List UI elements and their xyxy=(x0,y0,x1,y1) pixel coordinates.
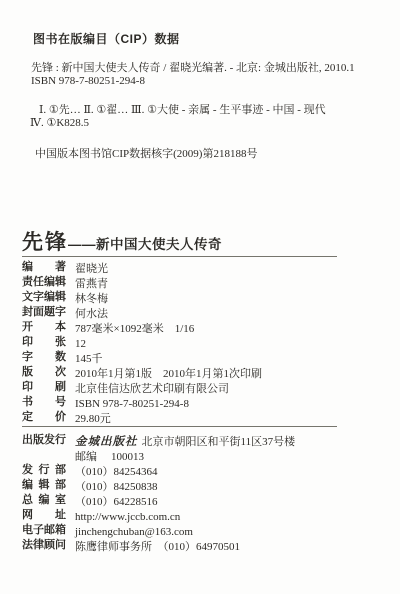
title-separator: —— xyxy=(68,237,96,252)
colophon-label: 文字编辑 xyxy=(22,290,66,305)
colophon-label: 版 次 xyxy=(22,365,66,380)
colophon-value: 雷燕青 xyxy=(75,278,108,290)
colophon-list: 编 著翟晓光 责任编辑雷燕青 文字编辑林冬梅 封面题字何水法 开 本787毫米×… xyxy=(22,260,382,425)
publisher-row: 电子邮箱jinchengchuban@163.com xyxy=(22,523,392,538)
cip-isbn: ISBN 978-7-80251-294-8 xyxy=(31,75,145,87)
colophon-value: 林冬梅 xyxy=(75,293,108,305)
colophon-value: 何水法 xyxy=(75,308,108,320)
colophon-row: 印 刷北京佳信达欣艺术印刷有限公司 xyxy=(22,380,382,395)
colophon-label: 责任编辑 xyxy=(22,275,66,290)
publisher-row-label: 编 辑 部 xyxy=(22,478,66,493)
publisher-row-label: 网 址 xyxy=(22,508,66,523)
publisher-row-value: （010）84254364 xyxy=(75,466,158,478)
cip-classification-line2: Ⅳ. ①K828.5 xyxy=(30,116,89,129)
publisher-address: 北京市朝阳区和平街11区37号楼 xyxy=(142,436,296,448)
colophon-value: ISBN 978-7-80251-294-8 xyxy=(75,398,189,410)
publisher-row: 出版发行金城出版社北京市朝阳区和平街11区37号楼 xyxy=(22,433,392,448)
publisher-row-label: 电子邮箱 xyxy=(22,523,66,538)
publisher-row: 发 行 部（010）84254364 xyxy=(22,463,392,478)
colophon-value: 29.80元 xyxy=(75,413,111,425)
colophon-row: 定 价29.80元 xyxy=(22,410,382,425)
colophon-row: 开 本787毫米×1092毫米 1/16 xyxy=(22,320,382,335)
publisher-label: 出版发行 xyxy=(22,433,66,448)
book-title-main: 先锋 xyxy=(22,231,68,254)
publisher-row: 网 址http://www.jccb.com.cn xyxy=(22,508,392,523)
colophon-row: 编 著翟晓光 xyxy=(22,260,382,275)
book-title-subtitle: 新中国大使夫人传奇 xyxy=(96,237,222,252)
colophon-row: 版 次2010年1月第1版 2010年1月第1次印刷 xyxy=(22,365,382,380)
colophon-value: 12 xyxy=(75,338,86,350)
book-title: 先锋——新中国大使夫人传奇 xyxy=(22,226,222,256)
colophon-label: 开 本 xyxy=(22,320,66,335)
colophon-row: 责任编辑雷燕青 xyxy=(22,275,382,290)
colophon-value: 145千 xyxy=(75,353,103,365)
colophon-value: 2010年1月第1版 2010年1月第1次印刷 xyxy=(75,368,262,380)
colophon-label: 编 著 xyxy=(22,260,66,275)
colophon-label: 封面题字 xyxy=(22,305,66,320)
publisher-row-value: （010）84250838 xyxy=(75,481,158,493)
colophon-label: 印 张 xyxy=(22,335,66,350)
colophon-row: 封面题字何水法 xyxy=(22,305,382,320)
colophon-row: 字 数145千 xyxy=(22,350,382,365)
colophon-value: 翟晓光 xyxy=(75,263,108,275)
colophon-label: 定 价 xyxy=(22,410,66,425)
cip-catalog-line: 先锋 : 新中国大使夫人传奇 / 翟晓光编著. - 北京: 金城出版社, 201… xyxy=(31,59,355,75)
colophon-row: 文字编辑林冬梅 xyxy=(22,290,382,305)
cip-classification-line1: Ⅰ. ①先… Ⅱ. ①翟… Ⅲ. ①大使 - 亲属 - 生平事迹 - 中国 - … xyxy=(39,101,326,117)
publisher-row-label: 发 行 部 xyxy=(22,463,66,478)
cip-header: 图书在版编目（CIP）数据 xyxy=(33,30,180,47)
colophon-row: 印 张12 xyxy=(22,335,382,350)
publisher-block: 出版发行金城出版社北京市朝阳区和平街11区37号楼 邮编100013 发 行 部… xyxy=(22,433,392,553)
email-address: jinchengchuban@163.com xyxy=(75,526,193,538)
publisher-name: 金城出版社 xyxy=(75,436,138,448)
colophon-label: 印 刷 xyxy=(22,380,66,395)
publisher-row-value: （010）64228516 xyxy=(75,496,158,508)
postcode-value: 100013 xyxy=(111,451,144,463)
colophon-label: 书 号 xyxy=(22,395,66,410)
publisher-row: 总 编 室（010）64228516 xyxy=(22,493,392,508)
website-url: http://www.jccb.com.cn xyxy=(75,511,180,523)
publisher-row-value: 陈鹰律师事务所 （010）64970501 xyxy=(75,541,240,553)
postcode-row: 邮编100013 xyxy=(22,448,392,463)
cip-registry-number: 中国版本图书馆CIP数据核字(2009)第218188号 xyxy=(35,145,257,161)
colophon-value: 北京佳信达欣艺术印刷有限公司 xyxy=(75,383,229,395)
colophon-value: 787毫米×1092毫米 1/16 xyxy=(75,323,194,335)
postcode-label: 邮编 xyxy=(75,451,97,463)
publisher-row-label: 总 编 室 xyxy=(22,493,66,508)
copyright-page: 图书在版编目（CIP）数据 先锋 : 新中国大使夫人传奇 / 翟晓光编著. - … xyxy=(0,0,400,594)
publisher-row-label: 法律顾问 xyxy=(22,538,66,553)
colophon-row: 书 号ISBN 978-7-80251-294-8 xyxy=(22,395,382,410)
colophon-label: 字 数 xyxy=(22,350,66,365)
divider-rule-top xyxy=(22,256,337,257)
divider-rule-bottom xyxy=(22,426,337,427)
publisher-row: 编 辑 部（010）84250838 xyxy=(22,478,392,493)
publisher-row: 法律顾问陈鹰律师事务所 （010）64970501 xyxy=(22,538,392,553)
